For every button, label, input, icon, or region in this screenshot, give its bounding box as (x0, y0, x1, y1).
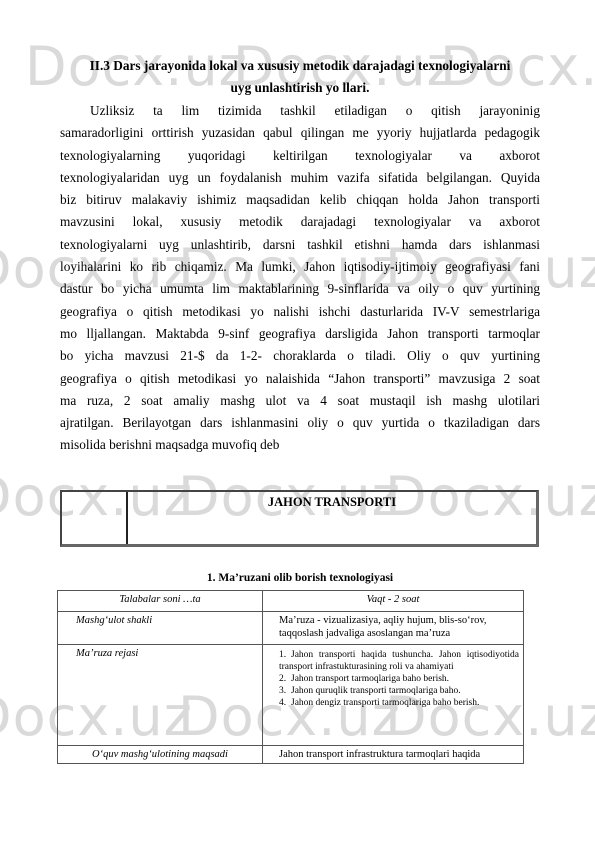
paragraph-line: dastur bo yicha umumta lim maktablarinin… (60, 278, 540, 300)
paragraph-line: mavzusini lokal, xususiy metodik darajad… (60, 211, 540, 233)
table-caption: 1. Ma’ruzani olib borish texnologiyasi (60, 572, 540, 584)
section-heading-line-1: II.3 Dars jarayonida lokal va xususiy me… (60, 58, 540, 74)
row-value: Jahon transport infrastruktura tarmoqlar… (263, 746, 524, 764)
lecture-technology-table: Talabalar soni …ta Vaqt - 2 soat Mashg‘u… (57, 590, 524, 764)
paragraph-line: samaradorligini orttirish yuzasidan qabu… (60, 122, 540, 144)
plan-item-number: 1. (279, 649, 291, 661)
paragraph-line: ma ruza, 2 soat amaliy mashg ulot va 4 s… (60, 390, 540, 412)
section-heading-line-2: uyg unlashtirish yo llari. (60, 80, 540, 96)
paragraph-line: geografiya o qitish metodikasi yo nalish… (60, 301, 540, 323)
paragraph-line: loyihalarini ko rib chiqamiz. Ma lumki, … (60, 256, 540, 278)
plan-item-number: 4. (279, 697, 291, 709)
row-label: O‘quv mashg‘ulotining maqsadi (58, 746, 263, 764)
lecture-plan-cell: 1.Jahon transporti haqida tushuncha. Jah… (263, 645, 524, 746)
plan-item-number: 2. (279, 673, 291, 685)
lecture-plan-list: 1.Jahon transporti haqida tushuncha. Jah… (279, 649, 519, 709)
plan-item-number: 3. (279, 685, 291, 697)
plan-item-text: Jahon transporti haqida tushuncha. Jahon… (279, 650, 519, 672)
time-cell: Vaqt - 2 soat (263, 591, 524, 612)
lecture-plan-item: 1.Jahon transporti haqida tushuncha. Jah… (279, 649, 519, 673)
topic-title-box-empty-cell (62, 492, 128, 544)
row-value: Ma’ruza - vizualizasiya, aqliy hujum, bl… (263, 612, 524, 645)
lecture-plan-item: 3.Jahon quruqlik transporti tarmoqlariga… (279, 685, 519, 697)
paragraph-line: texnologiyalarni uyg unlashtirib, darsni… (60, 234, 540, 256)
row-label: Ma’ruza rejasi (58, 645, 263, 746)
paragraph-line: biz bitiruv malakaviy ishimiz maqsadidan… (60, 189, 540, 211)
table-row: Mashg‘ulot shakli Ma’ruza - vizualizasiy… (58, 612, 524, 645)
paragraph-line: geografiya o qitish metodikasi yo nalais… (60, 368, 540, 390)
paragraph-line: ajratilgan. Berilayotgan dars ishlanmasi… (60, 412, 540, 434)
plan-item-text: Jahon quruqlik transporti tarmoqlariga b… (291, 686, 461, 696)
paragraph-line: bo yicha mavzusi 21-$ da 1-2- choraklard… (60, 345, 540, 367)
table-row: Ma’ruza rejasi 1.Jahon transporti haqida… (58, 645, 524, 746)
paragraph-line: texnologiyalaridan uyg un foydalanish mu… (60, 167, 540, 189)
students-count-cell: Talabalar soni …ta (58, 591, 263, 612)
lecture-plan-item: 4.Jahon dengiz transporti tarmoqlariga b… (279, 697, 519, 709)
table-header-row: Talabalar soni …ta Vaqt - 2 soat (58, 591, 524, 612)
table-row: O‘quv mashg‘ulotining maqsadi Jahon tran… (58, 746, 524, 764)
paragraph-line: misolida berishni maqsadga muvofiq deb (60, 434, 540, 456)
plan-item-text: Jahon transport tarmoqlariga baho berish… (291, 674, 449, 684)
row-label: Mashg‘ulot shakli (58, 612, 263, 645)
lecture-plan-item: 2.Jahon transport tarmoqlariga baho beri… (279, 673, 519, 685)
paragraph-line: texnologiyalarning yuqoridagi keltirilga… (60, 145, 540, 167)
paragraph-line: mo lljallangan. Maktabda 9-sinf geografi… (60, 323, 540, 345)
body-paragraph: Uzliksiz ta lim tizimida tashkil etiladi… (60, 100, 540, 457)
plan-item-text: Jahon dengiz transporti tarmoqlariga bah… (291, 698, 479, 708)
topic-title-box: JAHON TRANSPORTI (60, 490, 539, 547)
topic-title: JAHON TRANSPORTI (128, 492, 536, 510)
document-page: II.3 Dars jarayonida lokal va xususiy me… (0, 0, 595, 842)
paragraph-line: Uzliksiz ta lim tizimida tashkil etiladi… (60, 100, 540, 122)
